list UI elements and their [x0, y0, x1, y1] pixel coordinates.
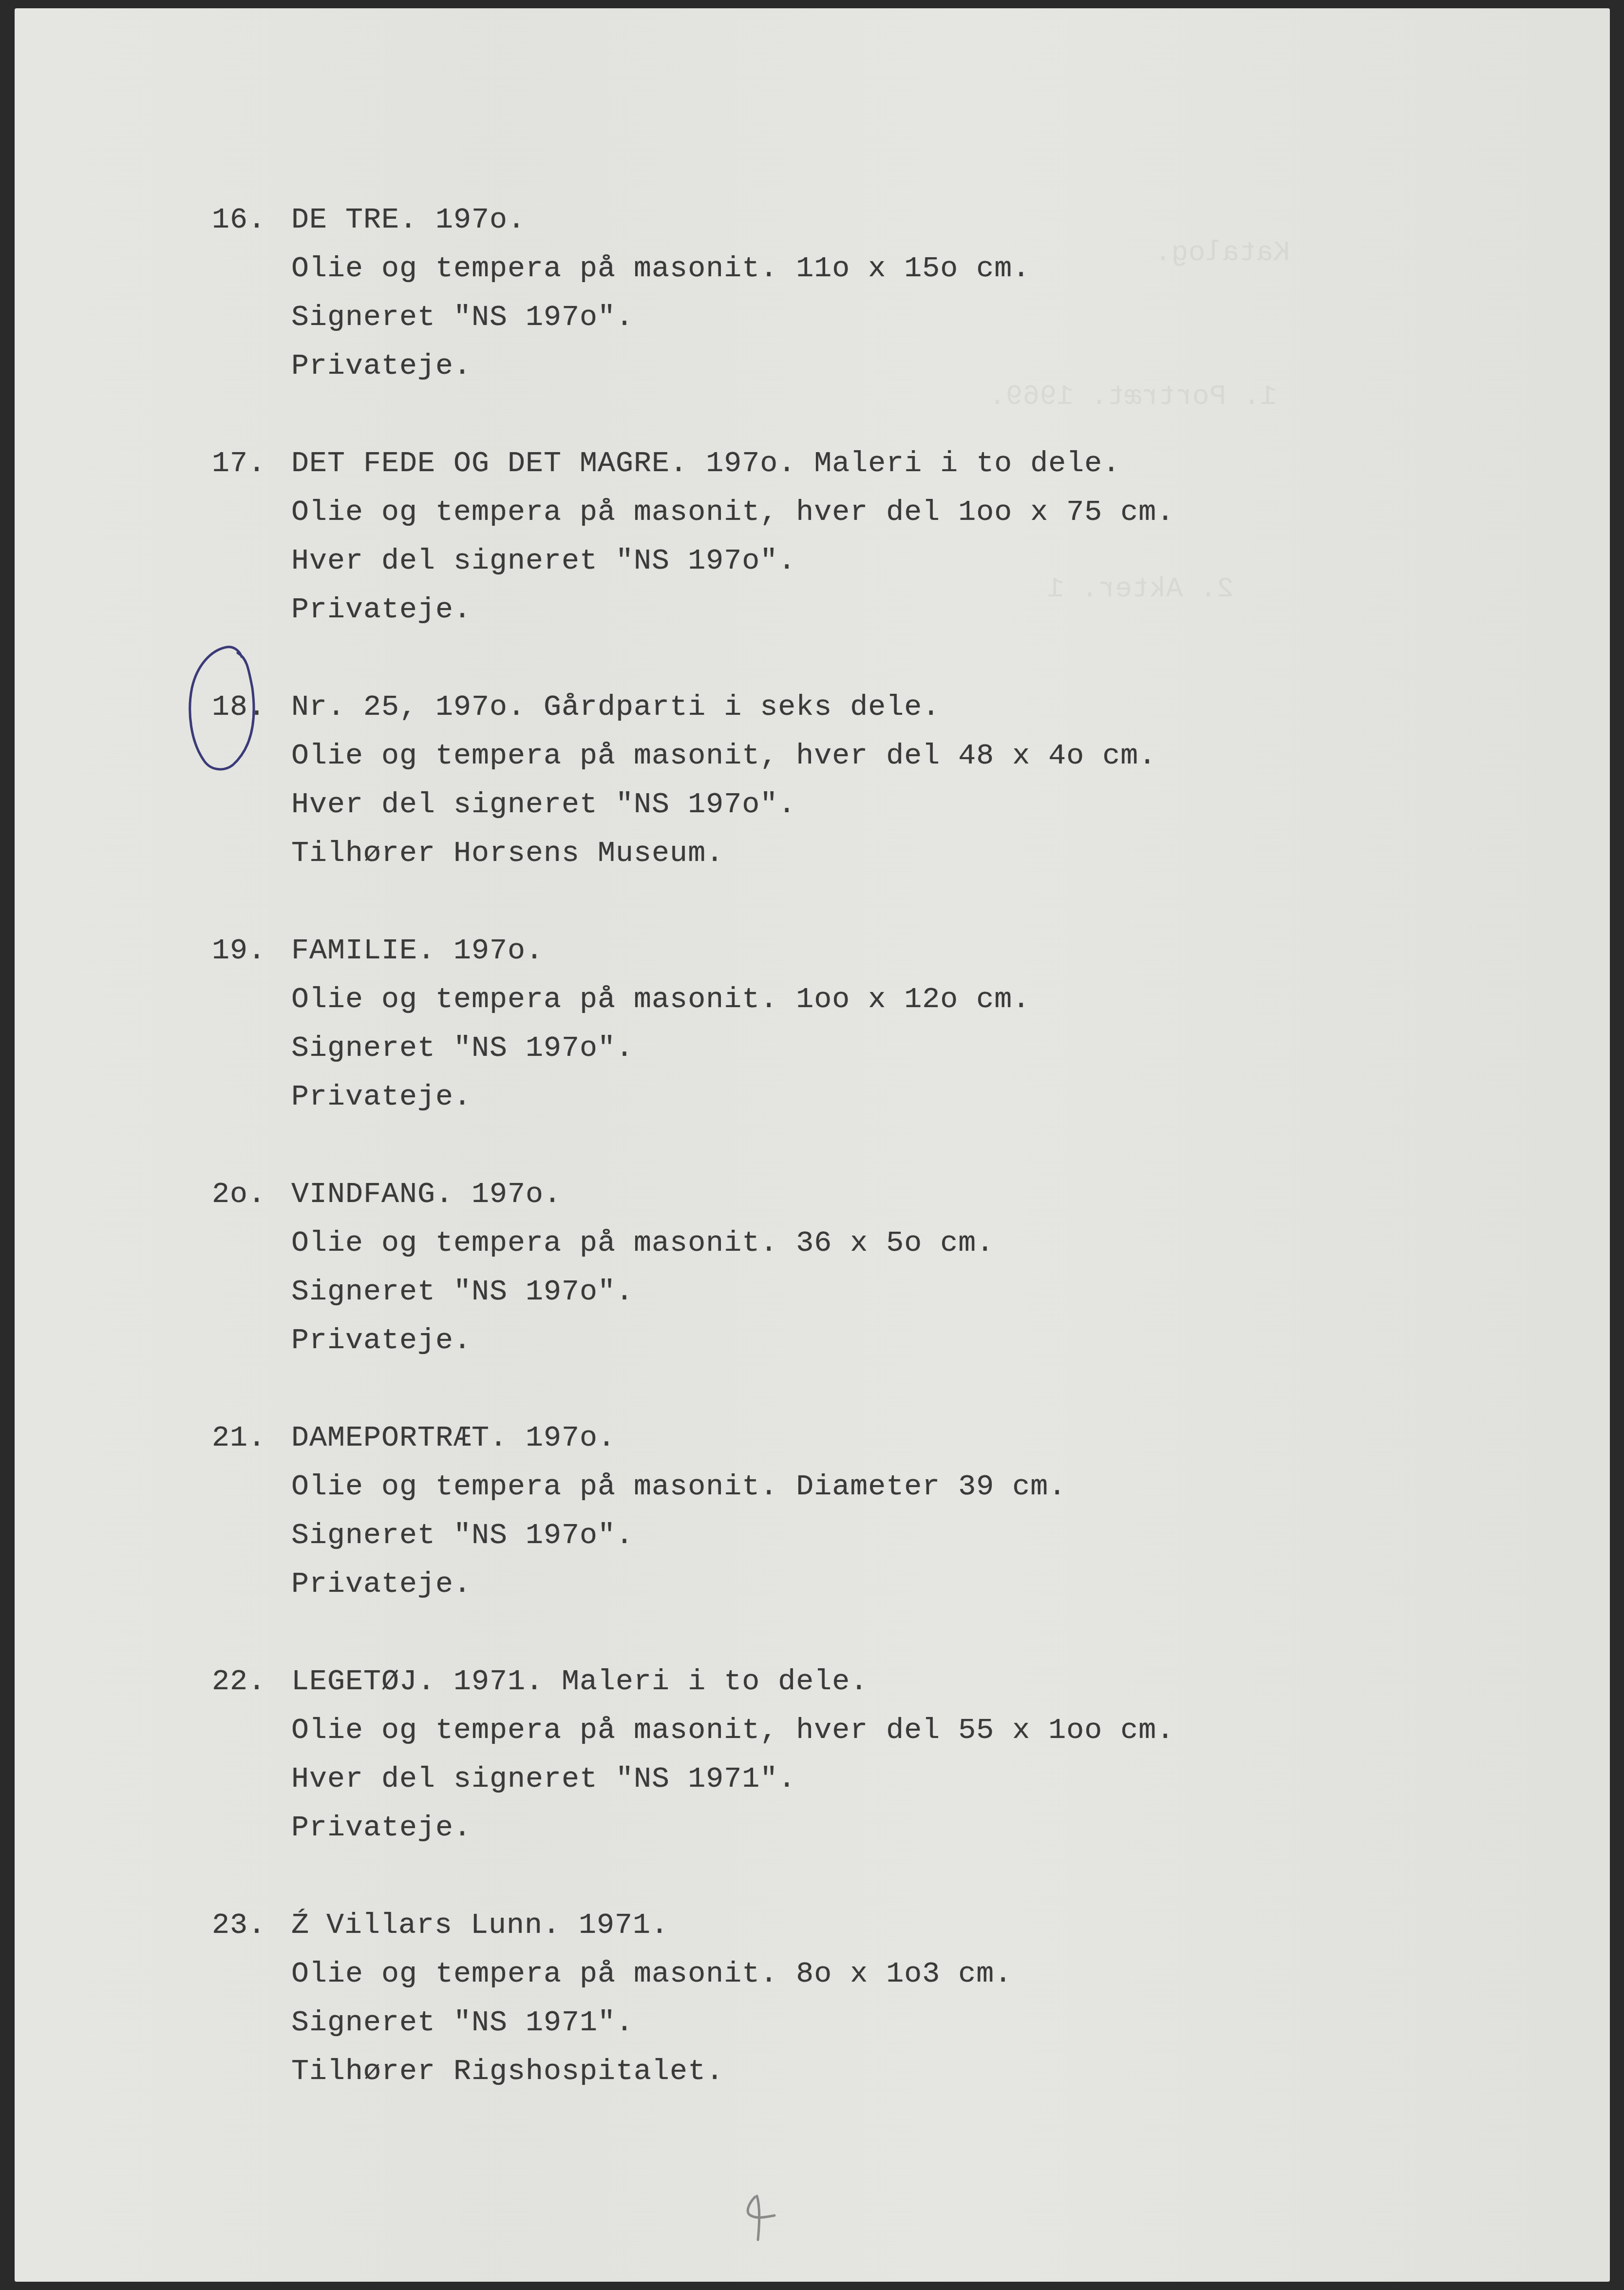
- entry-signature: Signeret "NS 197o".: [291, 1029, 634, 1068]
- entry-medium: Olie og tempera på masonit, hver del 48 …: [291, 737, 1156, 776]
- entry-title: DAMEPORTRÆT. 197o.: [291, 1419, 616, 1458]
- entry-number: 16.: [212, 201, 266, 240]
- entry-title: FAMILIE. 197o.: [291, 932, 544, 971]
- entry-medium: Olie og tempera på masonit. 36 x 5o cm.: [291, 1224, 994, 1263]
- entry-owner: Tilhører Horsens Museum.: [291, 834, 724, 873]
- entry-owner: Tilhører Rigshospitalet.: [291, 2052, 724, 2091]
- bleed-through-text: 2. Akter. 1: [1047, 573, 1234, 605]
- entry-owner: Privateje.: [291, 1078, 472, 1117]
- entry-medium: Olie og tempera på masonit. 11o x 15o cm…: [291, 249, 1030, 288]
- handwritten-page-number: [740, 2191, 784, 2245]
- entry-number: 22.: [212, 1662, 266, 1701]
- entry-signature: Signeret "NS 1971".: [291, 2004, 634, 2042]
- entry-signature: Signeret "NS 197o".: [291, 1516, 634, 1555]
- entry-signature: Hver del signeret "NS 197o".: [291, 785, 796, 824]
- entry-number: 21.: [212, 1419, 266, 1458]
- entry-title: LEGETØJ. 1971. Maleri i to dele.: [291, 1662, 868, 1701]
- bleed-through-text: Katalog.: [1154, 237, 1290, 269]
- entry-number: 23.: [212, 1906, 266, 1945]
- entry-owner: Privateje.: [291, 347, 472, 386]
- entry-medium: Olie og tempera på masonit. 8o x 1o3 cm.: [291, 1955, 1012, 1994]
- entry-medium: Olie og tempera på masonit. Diameter 39 …: [291, 1468, 1066, 1507]
- entry-medium: Olie og tempera på masonit, hver del 55 …: [291, 1711, 1174, 1750]
- entry-owner: Privateje.: [291, 1565, 472, 1604]
- entry-title: Nr. 25, 197o. Gårdparti i seks dele.: [291, 688, 940, 727]
- entry-title: DET FEDE OG DET MAGRE. 197o. Maleri i to…: [291, 444, 1120, 483]
- entry-owner: Privateje.: [291, 1321, 472, 1360]
- entry-signature: Hver del signeret "NS 197o".: [291, 542, 796, 581]
- bleed-through-text: 1. Portræt. 1969.: [989, 381, 1277, 413]
- entry-title: Villars Lunn. 1971.: [326, 1906, 669, 1945]
- strikeout-mark: Ź: [291, 1906, 309, 1945]
- entry-signature: Signeret "NS 197o".: [291, 1273, 634, 1312]
- entry-medium: Olie og tempera på masonit. 1oo x 12o cm…: [291, 980, 1030, 1019]
- entry-owner: Privateje.: [291, 591, 472, 630]
- entry-title: DE TRE. 197o.: [291, 201, 526, 240]
- entry-title: VINDFANG. 197o.: [291, 1175, 562, 1214]
- entry-number: 17.: [212, 444, 266, 483]
- entry-owner: Privateje.: [291, 1809, 472, 1848]
- entry-number: 2o.: [212, 1175, 266, 1214]
- entry-signature: Signeret "NS 197o".: [291, 298, 634, 337]
- entry-number: 19.: [212, 932, 266, 971]
- document-page: Katalog. 1. Portræt. 1969. 2. Akter. 1 1…: [15, 8, 1610, 2282]
- entry-medium: Olie og tempera på masonit, hver del 1oo…: [291, 493, 1174, 532]
- entry-number: 18.: [212, 688, 266, 727]
- entry-signature: Hver del signeret "NS 1971".: [291, 1760, 796, 1799]
